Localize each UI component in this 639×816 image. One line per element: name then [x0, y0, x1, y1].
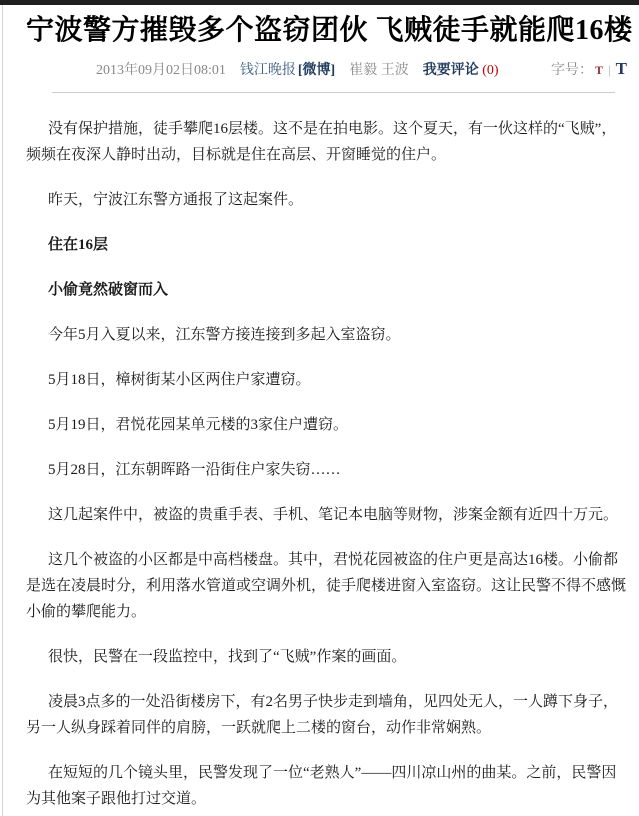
top-bar: [0, 0, 639, 5]
article-paragraph: 这几起案件中，被盗的贵重手表、手机、笔记本电脑等财物，涉案金额有近四十万元。: [26, 502, 627, 528]
comment-link-label[interactable]: 我要评论: [423, 63, 479, 78]
publish-date: 2013年09月02日08:01: [96, 59, 226, 79]
article-paragraph: 5月18日，樟树街某小区两住户家遭窃。: [26, 367, 627, 393]
section-heading: 住在16层: [26, 232, 627, 258]
font-size-controls: 字号： T | T: [551, 59, 627, 79]
article-paragraph: 这几个被盗的小区都是中高档楼盘。其中，君悦花园被盗的住户更是高达16楼。小偷都是…: [26, 547, 627, 625]
article-body: 没有保护措施，徒手攀爬16层楼。这不是在拍电影。这个夏天，有一伙这样的“飞贼”，…: [0, 93, 639, 812]
article-paragraph: 在短短的几个镜头里，民警发现了一位“老熟人”——四川凉山州的曲某。之前，民警因为…: [26, 760, 627, 812]
font-size-increase-button[interactable]: T: [611, 59, 627, 79]
comment-count[interactable]: (0): [482, 63, 498, 78]
source-weibo-badge[interactable]: [微博]: [298, 59, 335, 79]
article-meta-bar: 2013年09月02日08:01 钱江晚报 [微博] 崔毅 王波 我要评论 (0…: [26, 59, 627, 79]
authors: 崔毅 王波: [349, 59, 409, 79]
article-paragraph: 没有保护措施，徒手攀爬16层楼。这不是在拍电影。这个夏天，有一伙这样的“飞贼”，…: [26, 116, 627, 168]
article-paragraph: 5月19日，君悦花园某单元楼的3家住户遭窃。: [26, 412, 627, 438]
source-link[interactable]: 钱江晚报: [240, 59, 296, 79]
article-paragraph: 很快，民警在一段监控中，找到了“飞贼”作案的画面。: [26, 644, 627, 670]
font-size-decrease-button[interactable]: T: [593, 63, 608, 78]
article-header: 宁波警方摧毁多个盗窃团伙 飞贼徒手就能爬16楼 2013年09月02日08:01…: [0, 0, 639, 93]
page-title: 宁波警方摧毁多个盗窃团伙 飞贼徒手就能爬16楼: [26, 13, 627, 49]
article-page: 宁波警方摧毁多个盗窃团伙 飞贼徒手就能爬16楼 2013年09月02日08:01…: [0, 0, 639, 816]
article-paragraph: 今年5月入夏以来，江东警方接连接到多起入室盗窃。: [26, 322, 627, 348]
article-paragraph: 凌晨3点多的一处沿街楼房下，有2名男子快步走到墙角，见四处无人，一人蹲下身子，另…: [26, 689, 627, 741]
left-border-line: [2, 5, 3, 816]
article-paragraph: 昨天，宁波江东警方通报了这起案件。: [26, 187, 627, 213]
section-heading: 小偷竟然破窗而入: [26, 277, 627, 303]
comment-link[interactable]: 我要评论 (0): [423, 59, 499, 79]
font-size-label: 字号：: [551, 59, 593, 79]
article-paragraph: 5月28日，江东朝晖路一沿街住户家失窃……: [26, 457, 627, 483]
